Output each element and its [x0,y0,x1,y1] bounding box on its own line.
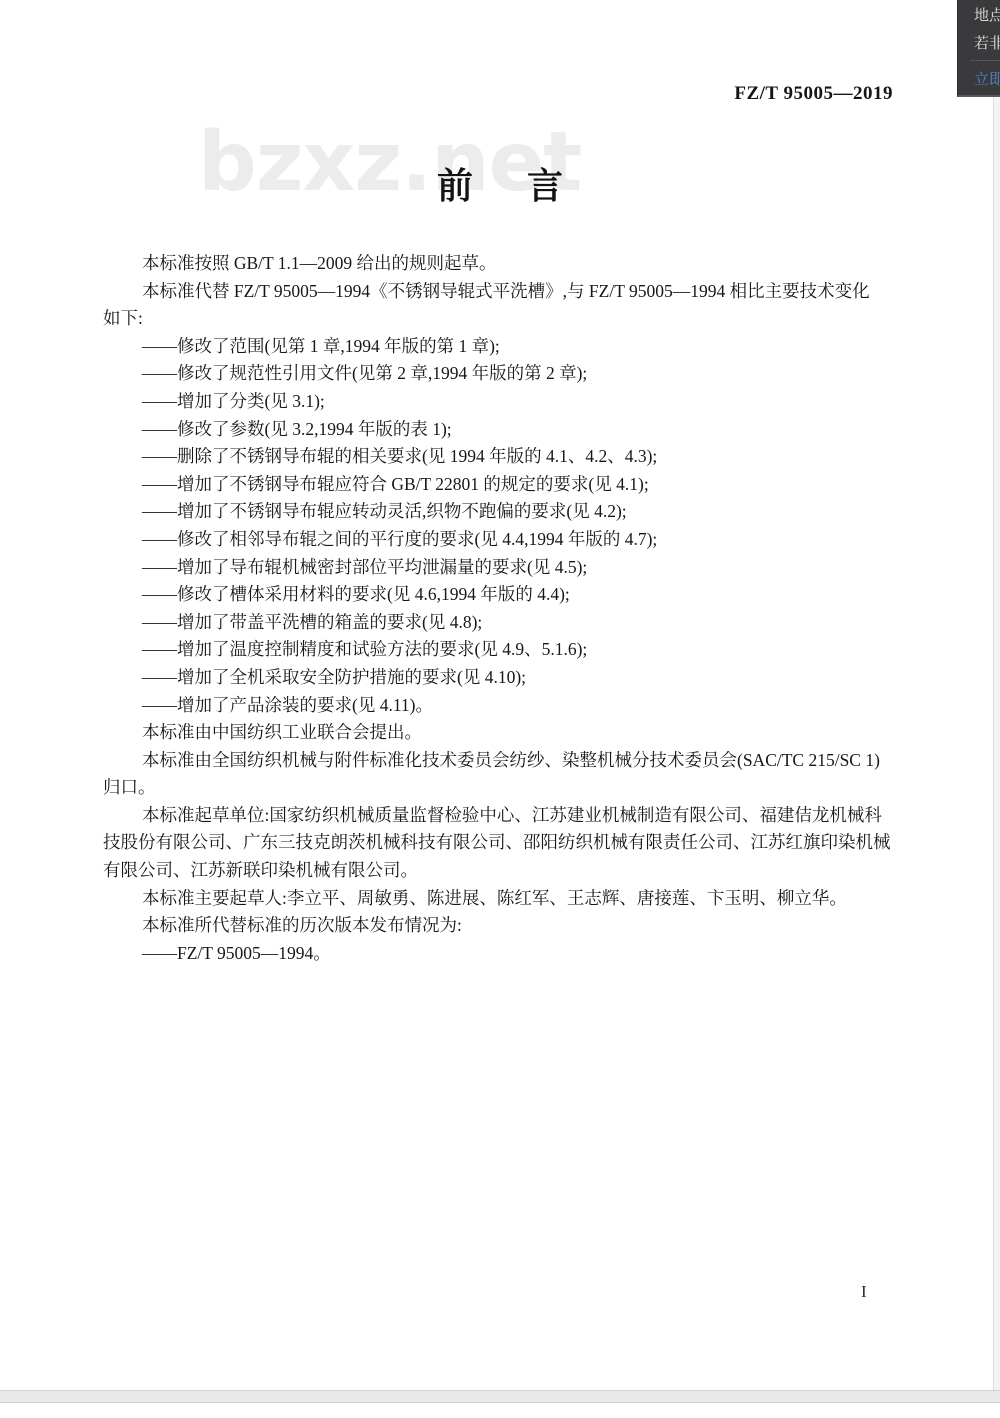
document-line: ——修改了范围(见第 1 章,1994 年版的第 1 章); [103,333,897,361]
document-line: ——增加了不锈钢导布辊应符合 GB/T 22801 的规定的要求(见 4.1); [103,471,897,499]
document-line: ——修改了槽体采用材料的要求(见 4.6,1994 年版的 4.4); [103,581,897,609]
document-line: 有限公司、江苏新联印染机械有限公司。 [103,857,897,885]
page-right-edge [993,0,1000,1390]
page-title: 前言 [103,168,897,206]
document-line: 本标准所代替标准的历次版本发布情况为: [103,912,897,940]
document-line: 本标准由全国纺织机械与附件标准化技术委员会纺纱、染整机械分技术委员会(SAC/T… [103,747,897,775]
document-line: 本标准主要起草人:李立平、周敏勇、陈进展、陈红军、王志辉、唐接莲、卞玉明、柳立华… [103,885,897,913]
document-page: 地点 若非 立即 FZ/T 95005—2019 bzxz.net 前言 本标准… [0,0,1000,1418]
notification-action-link[interactable]: 立即 [974,70,1000,88]
document-line: ——增加了全机采取安全防护措施的要求(见 4.10); [103,664,897,692]
document-body: 本标准按照 GB/T 1.1—2009 给出的规则起草。本标准代替 FZ/T 9… [103,250,897,967]
document-line: ——增加了分类(见 3.1); [103,388,897,416]
notification-text-line: 若非 [974,34,1000,52]
document-line: 归口。 [103,774,897,802]
document-line: 本标准由中国纺织工业联合会提出。 [103,719,897,747]
document-line: 技股份有限公司、广东三技克朗茨机械科技有限公司、邵阳纺织机械有限责任公司、江苏红… [103,829,897,857]
document-line: ——增加了产品涂装的要求(见 4.11)。 [103,692,897,720]
document-line: 本标准代替 FZ/T 95005—1994《不锈钢导辊式平洗槽》,与 FZ/T … [103,278,897,306]
notification-popup: 地点 若非 立即 [957,0,1000,97]
document-line: 本标准起草单位:国家纺织机械质量监督检验中心、江苏建业机械制造有限公司、福建佶龙… [103,802,897,830]
standard-code: FZ/T 95005—2019 [734,83,893,105]
document-line: ——增加了温度控制精度和试验方法的要求(见 4.9、5.1.6); [103,636,897,664]
page-separator [0,1390,1000,1403]
document-line: 本标准按照 GB/T 1.1—2009 给出的规则起草。 [103,250,897,278]
document-line: ——增加了导布辊机械密封部位平均泄漏量的要求(见 4.5); [103,554,897,582]
notification-divider [970,60,1000,61]
document-line: ——FZ/T 95005—1994。 [103,940,897,968]
page-number: I [861,1282,867,1302]
document-line: ——增加了带盖平洗槽的箱盖的要求(见 4.8); [103,609,897,637]
document-line: ——删除了不锈钢导布辊的相关要求(见 1994 年版的 4.1、4.2、4.3)… [103,443,897,471]
document-line: ——增加了不锈钢导布辊应转动灵活,织物不跑偏的要求(见 4.2); [103,498,897,526]
notification-text-line: 地点 [974,6,1000,24]
document-line: ——修改了规范性引用文件(见第 2 章,1994 年版的第 2 章); [103,360,897,388]
page-title-text: 前言 [437,168,617,206]
document-line: ——修改了参数(见 3.2,1994 年版的表 1); [103,416,897,444]
document-line: 如下: [103,305,897,333]
document-line: ——修改了相邻导布辊之间的平行度的要求(见 4.4,1994 年版的 4.7); [103,526,897,554]
